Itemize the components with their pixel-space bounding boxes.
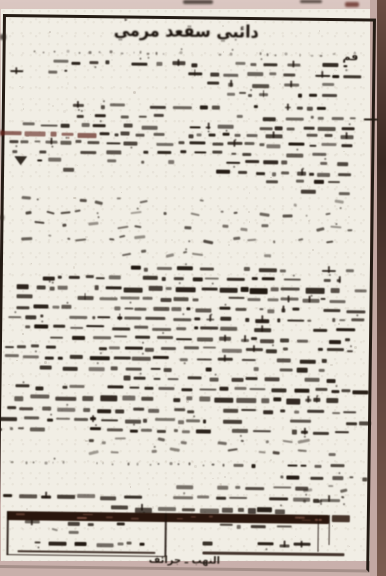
photo-smudge (183, 0, 213, 4)
photo-smudge (300, 0, 322, 3)
photo-smudge (0, 215, 4, 220)
paper-speck (129, 403, 131, 405)
illegible-text-line (96, 543, 113, 547)
illegible-text-line (88, 523, 94, 526)
illegible-text-line (106, 516, 113, 518)
paper-speck (164, 365, 167, 368)
illegible-text-line (203, 542, 213, 546)
illegible-text-line (77, 517, 87, 519)
illegible-text-line (266, 548, 268, 550)
illegible-text-line (283, 540, 285, 547)
illegible-text-line (17, 550, 155, 554)
bottom-table (0, 17, 373, 569)
illegible-text-line (220, 524, 234, 527)
paper-speck (222, 25, 224, 27)
illegible-text-line (237, 525, 241, 529)
illegible-text-line (126, 542, 131, 545)
illegible-text-line (16, 513, 25, 515)
paper-speck (194, 465, 197, 468)
paper-speck (212, 478, 214, 480)
paper-speck (248, 118, 249, 119)
paper-speck (275, 119, 278, 122)
photo-smudge (0, 34, 6, 40)
paper-speck (349, 546, 350, 547)
table-border (6, 511, 8, 555)
table-border (329, 515, 331, 545)
photo-edge-strip-dark (377, 0, 386, 576)
paper-speck (23, 108, 24, 109)
illegible-text-line (75, 542, 87, 546)
scanned-document-photo: دائبي سقعد مرمي ء ڤم النهب ـ جرائف (0, 0, 386, 576)
illegible-text-line (68, 522, 81, 526)
paper-speck (8, 384, 10, 386)
illegible-text-line (301, 540, 303, 547)
illegible-text-line (258, 542, 274, 545)
paper-speck (315, 71, 316, 72)
photo-smudge (345, 2, 359, 7)
illegible-text-line (209, 516, 213, 518)
paper-speck (354, 425, 357, 428)
paper-speck (197, 75, 199, 77)
paper-speck (171, 239, 172, 240)
illegible-text-line (117, 522, 125, 526)
illegible-text-line (31, 518, 33, 525)
paper-speck (295, 536, 296, 537)
paper-speck (44, 361, 47, 364)
illegible-text-line (49, 541, 67, 545)
signature-text: النهب ـ جرائف (117, 554, 251, 567)
illegible-text-line (130, 518, 139, 520)
paper-speck (19, 86, 21, 88)
paper-speck (249, 192, 251, 194)
paper-speck (343, 151, 345, 153)
paper-speck (22, 333, 24, 335)
illegible-text-line (38, 546, 40, 548)
paper-speck (216, 142, 218, 144)
illegible-text-line (276, 525, 291, 528)
photo-smudge (0, 130, 4, 136)
illegible-text-line (191, 516, 196, 518)
paper-speck (49, 31, 51, 33)
table-border (164, 513, 166, 557)
page-frame-border: دائبي سقعد مرمي ء ڤم النهب ـ جرائف (0, 14, 376, 573)
paper-speck (33, 98, 35, 100)
paper-speck (164, 556, 167, 559)
illegible-text-line (117, 542, 123, 545)
paper-speck (63, 110, 66, 113)
paper-speck (270, 459, 272, 461)
paper-speck (340, 276, 341, 277)
table-border (317, 515, 319, 552)
paper-speck (224, 313, 225, 314)
paper-speck (127, 134, 129, 136)
paper-speck (313, 181, 315, 183)
illegible-text-line (140, 543, 144, 546)
illegible-text-line (332, 515, 350, 522)
paper-speck (16, 360, 17, 361)
illegible-text-line (69, 531, 79, 534)
illegible-text-line (35, 541, 41, 543)
illegible-text-line (251, 525, 265, 528)
table-header-band (7, 511, 329, 524)
paper-speck (338, 323, 340, 325)
illegible-text-line (52, 528, 59, 532)
paper-speck (111, 59, 113, 61)
paper-speck (354, 346, 357, 349)
paper-speck (196, 107, 197, 108)
